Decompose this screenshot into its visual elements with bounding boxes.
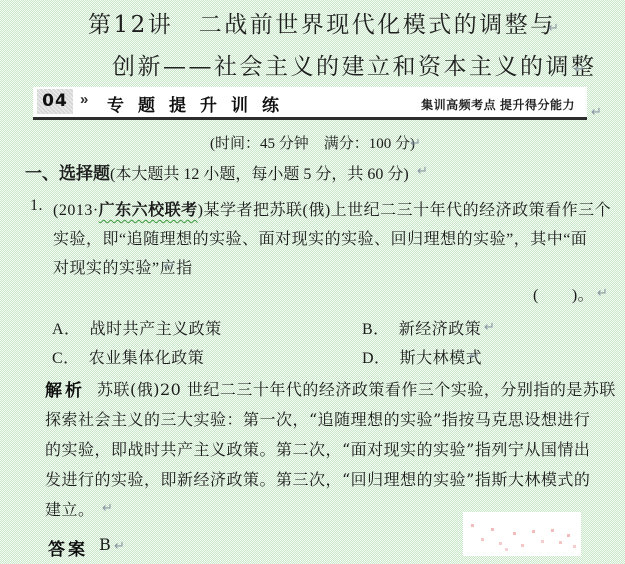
paragraph-mark-icon: ↵	[114, 539, 125, 552]
exam-meta-line: (时间：45 分钟 满分：100 分)	[0, 132, 625, 153]
banner-tagline: 集训高频考点 提升得分能力	[421, 96, 575, 113]
paragraph-mark-icon: ↵	[574, 62, 585, 75]
section-heading-note: (本大题共 12 小题，每小题 5 分，共 60 分)	[110, 166, 409, 183]
option-b-letter: B．	[362, 321, 390, 338]
option-c-text: 农业集体化政策	[89, 350, 205, 367]
paragraph-mark-icon: ↵	[597, 286, 608, 299]
option-c-letter: C．	[52, 350, 80, 367]
option-a-text: 战时共产主义政策	[90, 321, 222, 338]
analysis-line-4: 发进行的实验，即新经济政策。第三次，“回归理想的实验”指斯大林模式的	[45, 467, 590, 490]
analysis-line-1: 苏联(俄)20 世纪二三十年代的经济政策看作三个实验，分别指的是苏联	[97, 377, 616, 400]
section-number-badge: 04	[37, 89, 73, 114]
option-b-text: 新经济政策	[399, 321, 482, 338]
option-a-letter: A．	[52, 321, 81, 338]
analysis-line-3: 的实验，即战时共产主义政策。第二次，“面对现实的实验”指列宁从国情出	[45, 437, 590, 460]
analysis-label: 解析	[45, 376, 85, 401]
question-line-2: 实验，即“追随理想的实验、面对现实的实验、回归理想的实验”，其中“面	[53, 226, 587, 249]
paragraph-mark-icon: ↵	[469, 349, 480, 362]
question-line-1: (2013·广东六校联考)某学者把苏联(俄)上世纪二三十年代的经济政策看作三个	[53, 197, 611, 220]
lesson-title-line-2: 创新——社会主义的建立和资本主义的调整	[112, 48, 597, 81]
answer-value: B	[99, 535, 111, 554]
paragraph-mark-icon: ↵	[410, 136, 421, 149]
question-number: 1.	[30, 197, 43, 215]
banner-title: 专题提升训练	[107, 91, 293, 116]
analysis-line-2: 探索社会主义的三大实验：第一次，“追随理想的实验”指按马克思设想进行	[45, 407, 590, 430]
question-source: 广东六校联考	[99, 202, 198, 219]
analysis-line-5: 建立。	[45, 497, 95, 520]
question-year-prefix: (2013·	[53, 202, 99, 219]
option-c: C．农业集体化政策	[52, 345, 204, 368]
section-heading-label: 一、选择题	[25, 164, 110, 183]
watermark-speckles	[471, 524, 474, 527]
chevron-right-icon: »	[80, 91, 88, 108]
paragraph-mark-icon: ↵	[591, 105, 602, 118]
question-stem-text: )某学者把苏联(俄)上世纪二三十年代的经济政策看作三个	[198, 202, 612, 219]
worksheet-page: 第12讲 二战前世界现代化模式的调整与 ↵ 创新——社会主义的建立和资本主义的调…	[0, 0, 625, 564]
paragraph-mark-icon: ↵	[484, 320, 495, 333]
section-heading: 一、选择题(本大题共 12 小题，每小题 5 分，共 60 分)	[25, 159, 409, 184]
paragraph-mark-icon: ↵	[164, 259, 175, 272]
paragraph-mark-icon: ↵	[102, 501, 113, 514]
option-b: B．新经济政策	[362, 316, 481, 339]
option-d-letter: D．	[362, 350, 391, 367]
option-d: D．斯大林模式	[362, 345, 482, 368]
answer-label: 答案	[48, 535, 88, 560]
paragraph-mark-icon: ↵	[548, 21, 559, 34]
answer-bracket: ( )。	[533, 282, 594, 305]
option-a: A．战时共产主义政策	[52, 316, 222, 339]
watermark-box	[463, 512, 581, 556]
lesson-title-line-1: 第12讲 二战前世界现代化模式的调整与	[88, 6, 556, 39]
paragraph-mark-icon: ↵	[417, 164, 428, 177]
section-banner: 04 » 专题提升训练 集训高频考点 提升得分能力	[33, 87, 587, 120]
